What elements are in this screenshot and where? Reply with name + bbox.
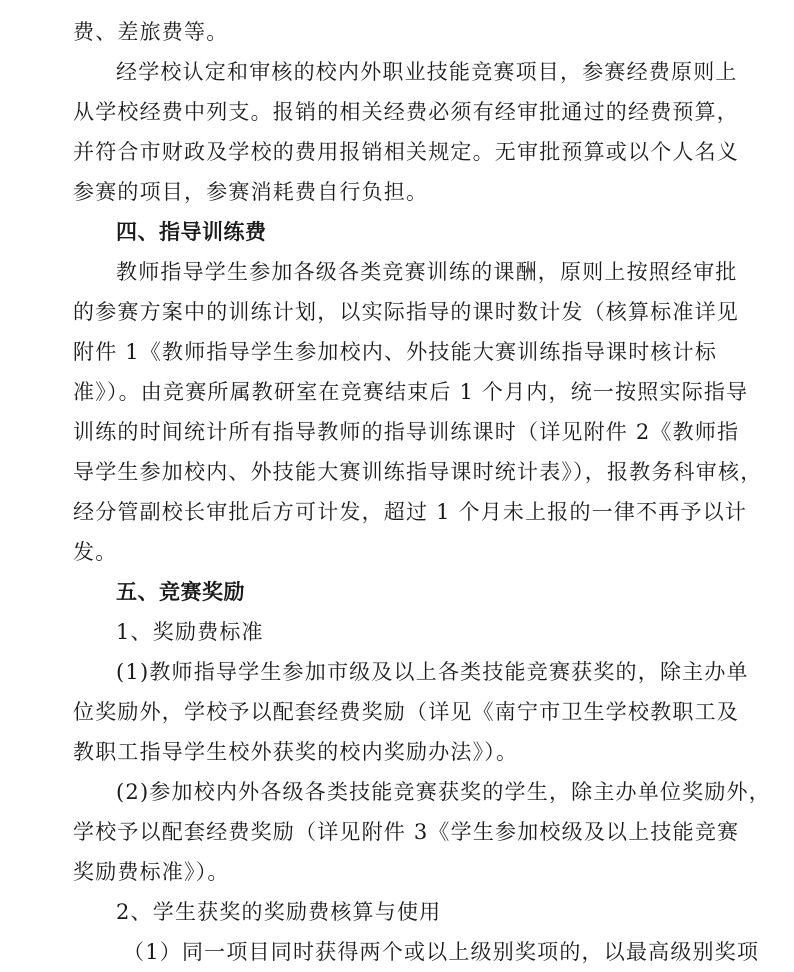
text-line: 训练的时间统计所有指导教师的指导训练课时（详见附件 2《教师指 xyxy=(73,412,733,452)
text-line: 奖励费标准》）。 xyxy=(73,852,733,892)
text-line: (1)教师指导学生参加市级及以上各类技能竞赛获奖的，除主办单 xyxy=(73,652,733,692)
text-line: (2)参加校内外各级各类技能竞赛获奖的学生，除主办单位奖励外， xyxy=(73,772,733,812)
text-line: 并符合市财政及学校的费用报销相关规定。无审批预算或以个人名义 xyxy=(73,132,733,172)
text-line: 参赛的项目，参赛消耗费自行负担。 xyxy=(73,172,733,212)
text-line: 发。 xyxy=(73,532,733,572)
text-line: 费、差旅费等。 xyxy=(73,12,733,52)
text-line: 教师指导学生参加各级各类竞赛训练的课酬，原则上按照经审批 xyxy=(73,252,733,292)
text-line: 教职工指导学生校外获奖的校内奖励办法》）。 xyxy=(73,732,733,772)
subheading-award-standard: 1、奖励费标准 xyxy=(73,612,733,652)
text-line: 位奖励外，学校予以配套经费奖励（详见《南宁市卫生学校教职工及 xyxy=(73,692,733,732)
text-line: 经分管副校长审批后方可计发，超过 1 个月未上报的一律不再予以计 xyxy=(73,492,733,532)
document-page: 费、差旅费等。 经学校认定和审核的校内外职业技能竞赛项目，参赛经费原则上 从学校… xyxy=(73,12,733,972)
text-line: 导学生参加校内、外技能大赛训练指导课时统计表》），报教务科审核， xyxy=(73,452,733,492)
text-line: （1）同一项目同时获得两个或以上级别奖项的，以最高级别奖项 xyxy=(73,932,733,972)
text-line: 经学校认定和审核的校内外职业技能竞赛项目，参赛经费原则上 xyxy=(73,52,733,92)
text-line: 的参赛方案中的训练计划，以实际指导的课时数计发（核算标准详见 xyxy=(73,292,733,332)
subheading-student-award-accounting: 2、学生获奖的奖励费核算与使用 xyxy=(73,892,733,932)
text-line: 附件 1《教师指导学生参加校内、外技能大赛训练指导课时核计标 xyxy=(73,332,733,372)
section-heading-training-fee: 四、指导训练费 xyxy=(73,212,733,252)
text-line: 学校予以配套经费奖励（详见附件 3《学生参加校级及以上技能竞赛 xyxy=(73,812,733,852)
text-line: 准》）。由竞赛所属教研室在竞赛结束后 1 个月内，统一按照实际指导 xyxy=(73,372,733,412)
section-heading-competition-awards: 五、竞赛奖励 xyxy=(73,572,733,612)
text-line: 从学校经费中列支。报销的相关经费必须有经审批通过的经费预算， xyxy=(73,92,733,132)
